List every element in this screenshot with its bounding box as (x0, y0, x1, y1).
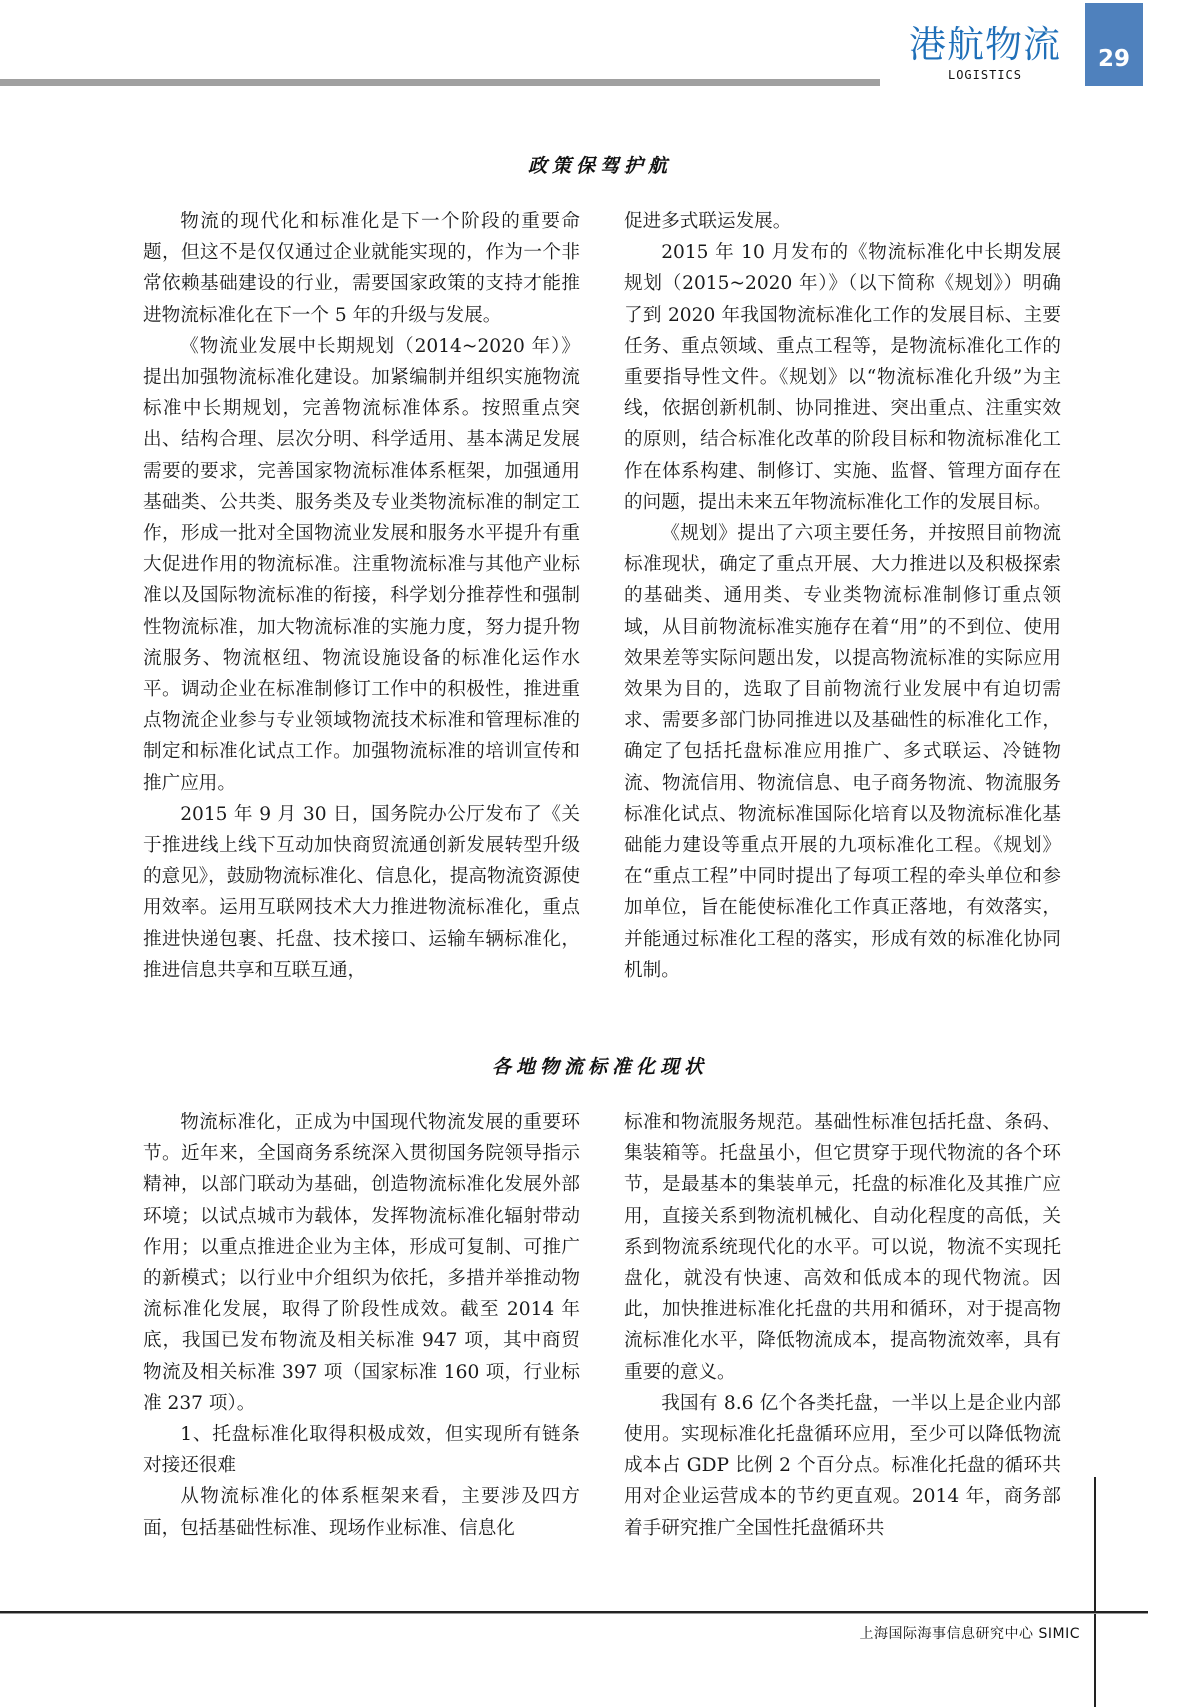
paragraph: 促进多式联运发展。 (624, 206, 1061, 237)
section-heading-policy: 政策保驾护航 (0, 151, 1200, 178)
section-heading-regional-status: 各地物流标准化现状 (0, 1052, 1200, 1079)
masthead-title: 港航物流 (905, 22, 1065, 68)
paragraph: 我国有 8.6 亿个各类托盘，一半以上是企业内部使用。实现标准化托盘循环应用，至… (624, 1388, 1061, 1544)
page-number: 29 (1098, 46, 1130, 72)
page-number-badge: 29 (1085, 3, 1143, 86)
paragraph: 2015 年 10 月发布的《物流标准化中长期发展规划（2015~2020 年）… (624, 237, 1061, 518)
masthead: 港航物流 LOGISTICS (905, 22, 1065, 82)
paragraph: 物流标准化，正成为中国现代物流发展的重要环节。近年来，全国商务系统深入贯彻国务院… (143, 1107, 580, 1419)
header-rule (0, 79, 880, 86)
section-2-left-column: 物流标准化，正成为中国现代物流发展的重要环节。近年来，全国商务系统深入贯彻国务院… (143, 1107, 580, 1544)
section-1-right-column: 促进多式联运发展。 2015 年 10 月发布的《物流标准化中长期发展规划（20… (624, 206, 1061, 986)
footer-organization: 上海国际海事信息研究中心 SIMIC (800, 1623, 1080, 1643)
paragraph: 标准和物流服务规范。基础性标准包括托盘、条码、集装箱等。托盘虽小，但它贯穿于现代… (624, 1107, 1061, 1388)
paragraph: 《规划》提出了六项主要任务，并按照目前物流标准现状，确定了重点开展、大力推进以及… (624, 518, 1061, 986)
paragraph: 从物流标准化的体系框架来看，主要涉及四方面，包括基础性标准、现场作业标准、信息化 (143, 1481, 580, 1543)
paragraph: 物流的现代化和标准化是下一个阶段的重要命题，但这不是仅仅通过企业就能实现的，作为… (143, 206, 580, 331)
footer-vertical-rule (1094, 1477, 1096, 1707)
section-2-right-column: 标准和物流服务规范。基础性标准包括托盘、条码、集装箱等。托盘虽小，但它贯穿于现代… (624, 1107, 1061, 1544)
subheading: 1、托盘标准化取得积极成效，但实现所有链条对接还很难 (143, 1419, 580, 1481)
section-1-left-column: 物流的现代化和标准化是下一个阶段的重要命题，但这不是仅仅通过企业就能实现的，作为… (143, 206, 580, 986)
masthead-subtitle: LOGISTICS (905, 68, 1065, 82)
paragraph: 2015 年 9 月 30 日，国务院办公厅发布了《关于推进线上线下互动加快商贸… (143, 799, 580, 986)
paragraph: 《物流业发展中长期规划（2014~2020 年）》提出加强物流标准化建设。加紧编… (143, 331, 580, 799)
footer-rule-shadow (0, 1613, 1148, 1614)
